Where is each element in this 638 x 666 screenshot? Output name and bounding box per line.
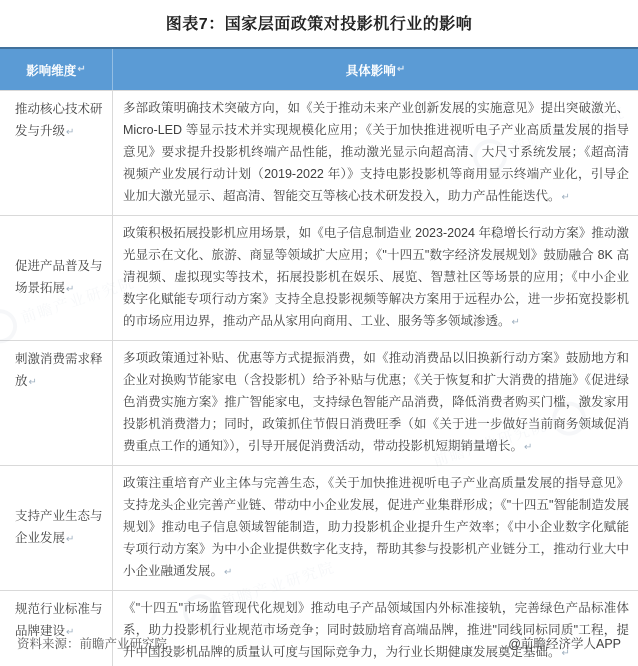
impact-cell: 政策注重培育产业主体与完善生态，《关于加快推进视听电子产业高质量发展的指导意见》… [113,466,638,590]
paragraph-mark: ↵ [562,192,570,203]
table-row: 推动核心技术研发与升级↵ 多部政策明确技术突破方向，如《关于推动未来产业创新发展… [0,90,638,215]
paragraph-mark: ↵ [66,127,74,138]
impact-cell: 多项政策通过补贴、优惠等方式提振消费，如《推动消费品以旧换新行动方案》鼓励地方和… [113,341,638,465]
impact-text: 多项政策通过补贴、优惠等方式提振消费，如《推动消费品以旧换新行动方案》鼓励地方和… [123,351,629,453]
dimension-text: 促进产品普及与场景拓展 [15,259,103,295]
footer: 资料来源：前瞻产业研究院 @前瞻经济学人APP [0,626,638,666]
dimension-cell: 刺激消费需求释放↵ [0,341,113,465]
paragraph-mark: ↵ [66,534,74,545]
paragraph-mark: ↵ [66,284,74,295]
paragraph-mark: ↵ [512,317,520,328]
header-impact-label: 具体影响 [346,61,396,79]
impact-cell: 政策积极拓展投影机应用场景，如《电子信息制造业 2023-2024 年稳增长行动… [113,216,638,340]
impact-text: 政策积极拓展投影机应用场景，如《电子信息制造业 2023-2024 年稳增长行动… [123,226,629,328]
header-impact: 具体影响↵ [113,49,638,90]
table-row: 支持产业生态与企业发展↵ 政策注重培育产业主体与完善生态，《关于加快推进视听电子… [0,465,638,590]
report-page: 前瞻产业研究院 前瞻产业研究院 前瞻产业研究院 前瞻产业研究院 图表7：国家层面… [0,0,638,666]
impact-cell: 多部政策明确技术突破方向，如《关于推动未来产业创新发展的实施意见》提出突破激光、… [113,91,638,215]
impact-text: 政策注重培育产业主体与完善生态，《关于加快推进视听电子产业高质量发展的指导意见》… [123,476,629,578]
paragraph-mark: ↵ [524,442,532,453]
table-header-row: 影响维度↵ 具体影响↵ [0,47,638,90]
page-title: 图表7：国家层面政策对投影机行业的影响 [0,0,638,47]
dimension-cell: 支持产业生态与企业发展↵ [0,466,113,590]
paragraph-mark: ↵ [77,64,85,75]
header-dimension-label: 影响维度 [26,61,76,79]
paragraph-mark: ↵ [224,567,232,578]
table-row: 促进产品普及与场景拓展↵ 政策积极拓展投影机应用场景，如《电子信息制造业 202… [0,215,638,340]
dimension-cell: 促进产品普及与场景拓展↵ [0,216,113,340]
dimension-cell: 推动核心技术研发与升级↵ [0,91,113,215]
policy-impact-table: 影响维度↵ 具体影响↵ 推动核心技术研发与升级↵ 多部政策明确技术突破方向，如《… [0,47,638,666]
table-row: 刺激消费需求释放↵ 多项政策通过补贴、优惠等方式提振消费，如《推动消费品以旧换新… [0,340,638,465]
header-dimension: 影响维度↵ [0,49,113,90]
dimension-text: 支持产业生态与企业发展 [15,509,103,545]
paragraph-mark: ↵ [29,377,37,388]
brand-credit-label: @前瞻经济学人APP [508,634,621,652]
dimension-text: 推动核心技术研发与升级 [15,102,103,138]
impact-text: 多部政策明确技术突破方向，如《关于推动未来产业创新发展的实施意见》提出突破激光、… [123,101,629,203]
paragraph-mark: ↵ [397,64,405,75]
data-source-label: 资料来源：前瞻产业研究院 [17,634,167,652]
